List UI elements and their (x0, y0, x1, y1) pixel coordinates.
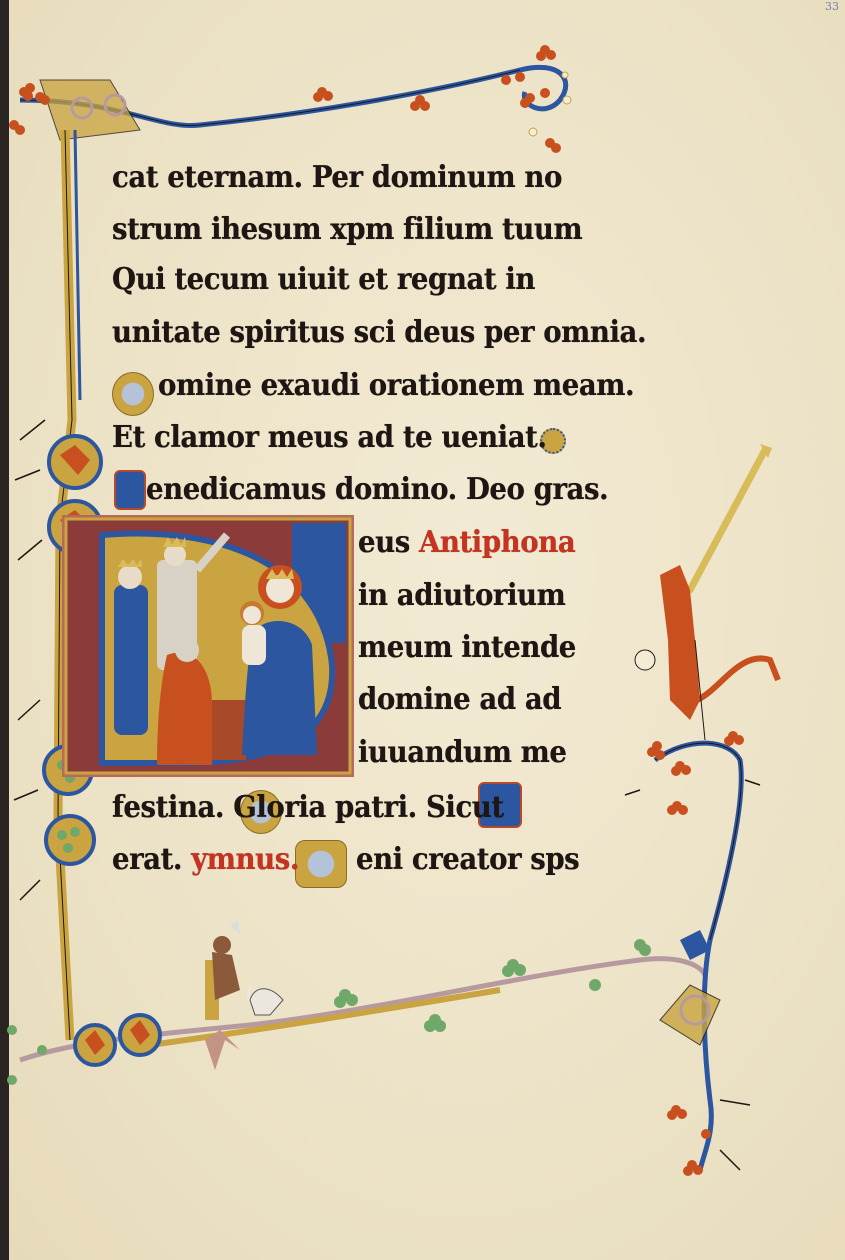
miniature-adoration-of-the-magi (62, 515, 354, 777)
text-erat: erat. (112, 842, 182, 877)
text-line-7: enedicamus domino. Deo gras. (146, 472, 608, 507)
text-line-2: strum ihesum xpm filium tuum (112, 212, 582, 247)
text-line-14: erat. ymnus. eni creator sps (112, 842, 579, 877)
text-line-4: unitate spiritus sci deus per omnia. (112, 315, 646, 350)
initial-d-domine (112, 372, 154, 416)
initial-b-benedicamus (114, 470, 146, 510)
text-line-8: eus Antiphona (358, 525, 575, 560)
rubric-ymnus: ymnus. (191, 842, 299, 877)
text-deus: eus (358, 525, 410, 560)
text-line-12: iuuandum me (358, 735, 566, 770)
text-line-13: festina. Gloria patri. Sicut (112, 790, 504, 825)
text-veni-creator: eni creator sps (356, 842, 579, 877)
text-line-5: omine exaudi orationem meam. (158, 368, 634, 403)
ape-with-goose-figure (205, 920, 283, 1020)
fox-trumpeter-figure (635, 444, 778, 740)
text-line-11: domine ad ad (358, 682, 561, 717)
text-line-10: meum intende (358, 630, 576, 665)
text-line-9: in adiutorium (358, 578, 565, 613)
text-line-6: Et clamor meus ad te ueniat. (112, 420, 547, 455)
rubric-antiphona: Antiphona (419, 525, 575, 560)
text-line-1: cat eternam. Per dominum no (112, 160, 562, 195)
text-line-3: Qui tecum uiuit et regnat in (112, 262, 535, 297)
manuscript-page: 33 (0, 0, 845, 1260)
